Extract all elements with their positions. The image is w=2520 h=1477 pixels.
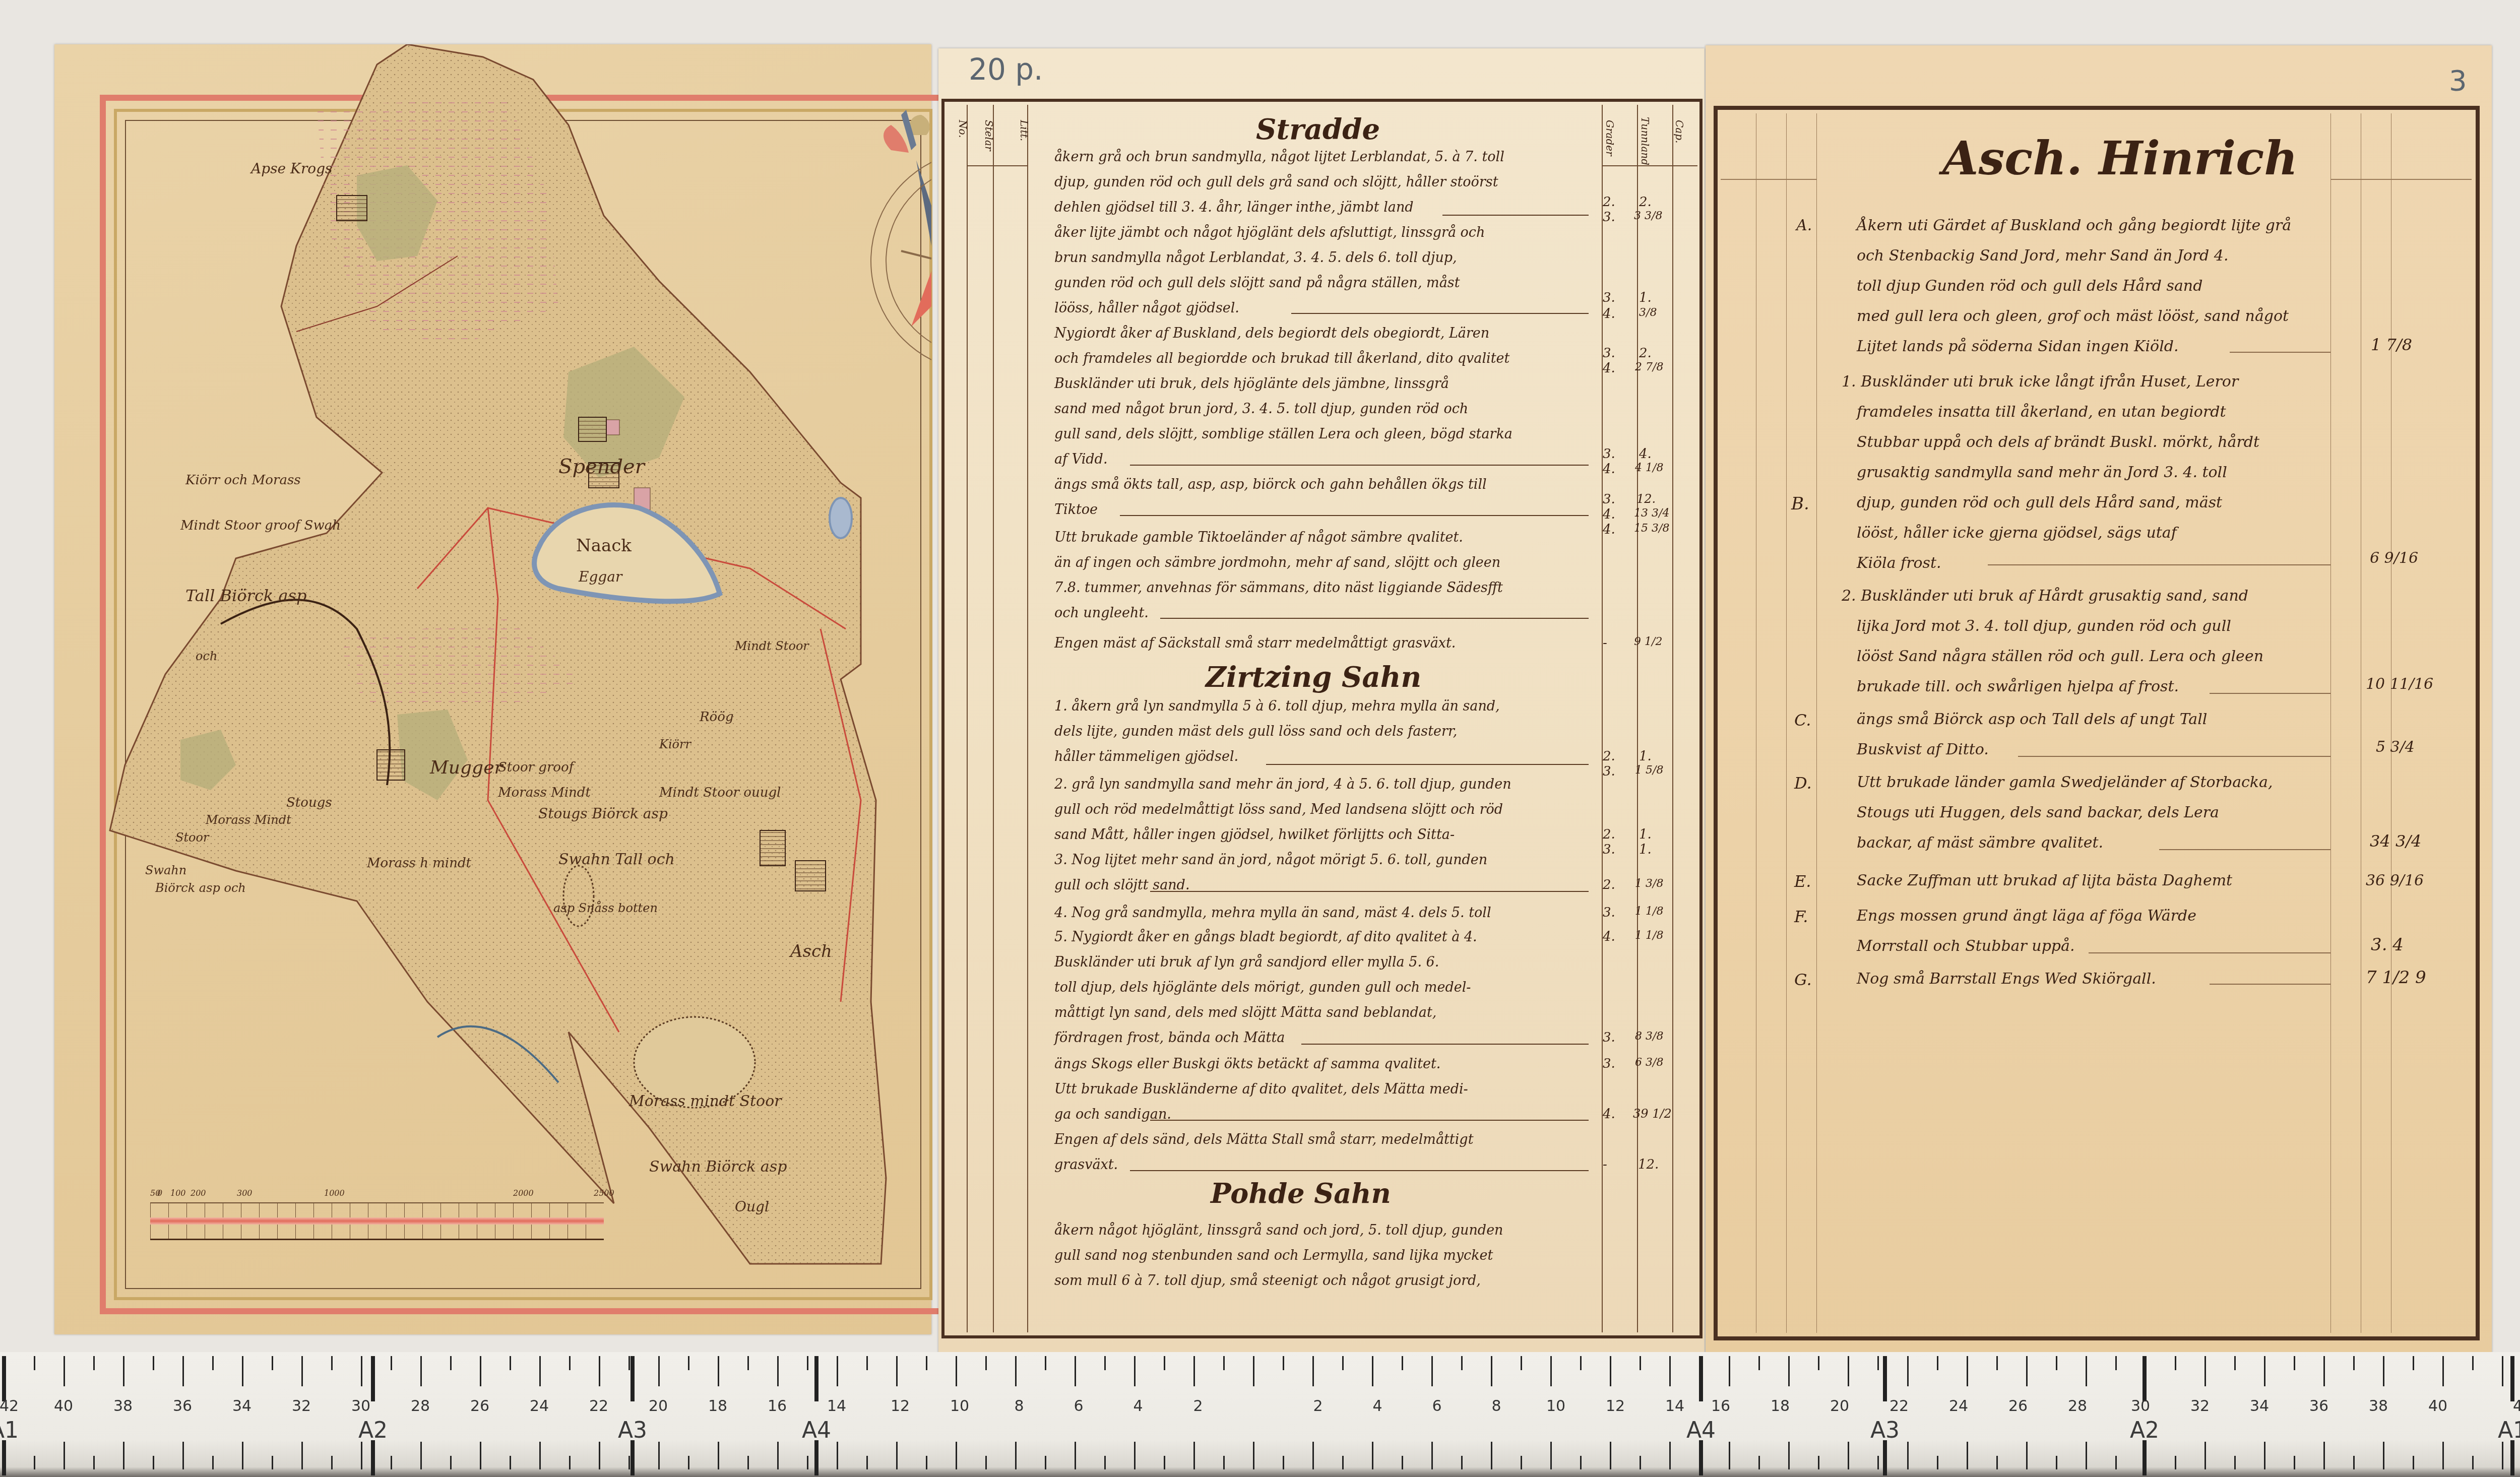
entry-line: och framdeles all begiordde och brukad t… bbox=[1054, 351, 1509, 366]
area-value: 1 5/8 bbox=[1635, 764, 1663, 777]
ruler-tick bbox=[1758, 1456, 1760, 1469]
ruler-tick bbox=[1461, 1456, 1463, 1469]
entry-line: åker lijte jämbt och något hjöglänt dels… bbox=[1054, 225, 1485, 240]
ruler-tick bbox=[420, 1442, 422, 1469]
ruler-tick bbox=[480, 1356, 481, 1386]
entry-line: Buskländer uti bruk af lyn grå sandjord … bbox=[1054, 954, 1439, 970]
entry-letter: B. bbox=[1791, 494, 1809, 514]
ruler-tick bbox=[2115, 1356, 2117, 1370]
ruler-tick bbox=[2234, 1356, 2236, 1370]
ruler-tick bbox=[391, 1456, 392, 1469]
ruler-tick bbox=[361, 1442, 362, 1469]
entry-line: lööst Sand några ställen röd och gull. L… bbox=[1857, 648, 2263, 665]
ruler-number: 12 bbox=[891, 1397, 910, 1415]
ruler-tick bbox=[866, 1356, 868, 1370]
ruler-tick bbox=[420, 1356, 422, 1386]
ruler-tick bbox=[1788, 1442, 1790, 1469]
entry-line: 5. Nygiordt åker en gångs bladt begiordt… bbox=[1054, 929, 1477, 945]
ruler-tick bbox=[2502, 1442, 2503, 1469]
ruler-tick bbox=[1848, 1442, 1849, 1469]
ruler-tick bbox=[450, 1356, 452, 1370]
column-header: Stelar bbox=[983, 120, 995, 151]
ruler-tick bbox=[569, 1356, 571, 1370]
entry-line: lööss, håller något gjödsel. bbox=[1054, 300, 1239, 316]
entry-line: Lijtet lands på söderna Sidan ingen Kiöl… bbox=[1857, 338, 2179, 355]
grade-value: 4. bbox=[1603, 462, 1615, 477]
ruler-number: 36 bbox=[2309, 1397, 2328, 1415]
area-value: 12. bbox=[1638, 1157, 1659, 1172]
entry-line: lijka Jord mot 3. 4. toll djup, gunden r… bbox=[1857, 617, 2231, 635]
paper-size-label: A4 bbox=[1686, 1418, 1716, 1443]
ruler-tick bbox=[1402, 1456, 1403, 1469]
paper-size-marker bbox=[1699, 1356, 1703, 1401]
terrain-label: Swahn bbox=[145, 863, 186, 877]
ruler-number: 2 bbox=[1313, 1397, 1322, 1415]
ruler-tick bbox=[391, 1356, 392, 1370]
area-value: 3 3/8 bbox=[1634, 210, 1662, 222]
ruler-tick bbox=[182, 1442, 184, 1469]
ruler-number: 10 bbox=[1546, 1397, 1565, 1415]
entry-line: af Vidd. bbox=[1054, 452, 1107, 467]
ruler-tick bbox=[599, 1356, 600, 1386]
column-header: Tunnland bbox=[1639, 117, 1651, 165]
scale-label: 2500 bbox=[594, 1188, 614, 1198]
ruler-tick bbox=[1818, 1456, 1819, 1469]
area-value: 12. bbox=[1636, 492, 1656, 506]
entry-line: gull sand nog stenbunden sand och Lermyl… bbox=[1054, 1248, 1493, 1263]
entry-line: som mull 6 à 7. toll djup, små steenigt … bbox=[1054, 1273, 1481, 1289]
ruler-tick bbox=[2323, 1356, 2325, 1386]
entry-line: fördragen frost, bända och Mätta bbox=[1054, 1030, 1285, 1046]
scale-label: 100 bbox=[170, 1188, 186, 1198]
entry-line: Morrstall och Stubbar uppå. bbox=[1857, 937, 2075, 955]
ruler-tick bbox=[777, 1442, 779, 1469]
ruler-tick bbox=[2086, 1356, 2087, 1386]
entry-line: gull och röd medelmåttigt löss sand, Med… bbox=[1054, 802, 1503, 817]
ruler-tick bbox=[2204, 1442, 2206, 1469]
entry-line: sand med något brun jord, 3. 4. 5. toll … bbox=[1054, 401, 1468, 417]
paper-size-marker bbox=[2143, 1356, 2147, 1401]
map-drawing bbox=[54, 44, 931, 1334]
entry-line: framdeles insatta till åkerland, en utan… bbox=[1857, 403, 2226, 421]
paper-size-label: A1 bbox=[0, 1418, 19, 1443]
scale-label: 0 bbox=[157, 1188, 162, 1198]
ruler-tick bbox=[1729, 1442, 1730, 1469]
area-value: 4 1/8 bbox=[1635, 462, 1663, 474]
entry-line: dehlen gjödsel till 3. 4. åhr, länger in… bbox=[1054, 200, 1414, 215]
entry-line: brukade till. och swårligen hjelpa af fr… bbox=[1857, 678, 2179, 695]
paper-size-marker bbox=[371, 1440, 375, 1475]
ruler-tick bbox=[1640, 1356, 1641, 1370]
ruler-tick bbox=[539, 1356, 541, 1386]
ruler-tick bbox=[1045, 1356, 1046, 1370]
entry-line: och Stenbackig Sand Jord, mehr Sand än J… bbox=[1857, 247, 2228, 265]
ruler-tick bbox=[1193, 1356, 1195, 1386]
terrain-label: Morass Mindt bbox=[498, 785, 591, 800]
ruler-tick bbox=[1461, 1356, 1463, 1370]
area-value: 2. bbox=[1639, 195, 1652, 210]
ruler-number: 32 bbox=[292, 1397, 311, 1415]
ruler-tick bbox=[93, 1356, 95, 1370]
terrain-label: Ougl bbox=[735, 1198, 769, 1215]
ruler-tick bbox=[658, 1356, 660, 1386]
ruler-number: 38 bbox=[113, 1397, 133, 1415]
ruler-tick bbox=[2115, 1456, 2117, 1469]
ruler-tick bbox=[688, 1356, 689, 1370]
ruler-tick bbox=[837, 1356, 838, 1386]
ruler-tick bbox=[1223, 1456, 1225, 1469]
ruler-number: 38 bbox=[2369, 1397, 2388, 1415]
entry-line: backar, af mäst sämbre qvalitet. bbox=[1857, 834, 2103, 852]
ruler-tick bbox=[2175, 1356, 2176, 1370]
entry-line: gunden röd och gull dels slöjtt sand på … bbox=[1054, 275, 1460, 291]
ruler-tick bbox=[1312, 1442, 1314, 1469]
paper-size-label: A1 bbox=[2498, 1418, 2520, 1443]
ruler-tick bbox=[747, 1356, 749, 1370]
grade-value: 3. bbox=[1603, 764, 1615, 779]
paper-size-marker bbox=[814, 1356, 818, 1401]
entry-line: ängs små Biörck asp och Tall dels af ung… bbox=[1857, 711, 2207, 728]
grade-value: 4. bbox=[1603, 522, 1615, 537]
ruler-tick bbox=[837, 1442, 838, 1469]
ruler-number: 18 bbox=[708, 1397, 727, 1415]
area-value: 6 3/8 bbox=[1635, 1056, 1663, 1069]
ruler-number: 30 bbox=[351, 1397, 370, 1415]
entry-line: 1. åkern grå lyn sandmylla 5 à 6. toll d… bbox=[1054, 698, 1500, 714]
folio-number: 20 p. bbox=[969, 52, 1043, 87]
ruler-tick bbox=[272, 1456, 273, 1469]
paper-size-marker bbox=[1883, 1356, 1887, 1401]
ruler-tick bbox=[1431, 1442, 1433, 1469]
entry-line: Utt brukade Buskländerne af dito qvalite… bbox=[1054, 1081, 1468, 1097]
ruler-tick bbox=[64, 1442, 65, 1469]
entry-line: toll djup Gunden röd och gull dels Hård … bbox=[1857, 277, 2202, 295]
entry-line: håller tämmeligen gjödsel. bbox=[1054, 749, 1238, 764]
ruler-tick bbox=[301, 1356, 303, 1386]
ruler-tick bbox=[1015, 1442, 1017, 1469]
column-header: No. bbox=[957, 120, 969, 138]
area-value: 6 9/16 bbox=[2370, 549, 2418, 567]
ruler-tick bbox=[1967, 1356, 1968, 1386]
terrain-label: Röög bbox=[700, 710, 734, 725]
ruler-number: 40 bbox=[54, 1397, 73, 1415]
ruler-tick bbox=[331, 1456, 333, 1469]
area-value: 1. bbox=[1639, 842, 1652, 857]
ruler-tick bbox=[301, 1442, 303, 1469]
ruler-tick bbox=[777, 1356, 779, 1386]
ruler-tick bbox=[1580, 1456, 1582, 1469]
ruler-tick bbox=[956, 1356, 957, 1386]
entry-line: Utt brukade länder gamla Swedjeländer af… bbox=[1857, 774, 2273, 791]
entry-line: med gull lera och gleen, grof och mäst l… bbox=[1857, 307, 2289, 325]
entry-line: än af ingen och sämbre jordmohn, mehr af… bbox=[1054, 555, 1500, 570]
terrain-label: och bbox=[196, 649, 217, 663]
ruler-tick bbox=[1075, 1356, 1076, 1386]
ruler-tick bbox=[2353, 1356, 2355, 1370]
ruler-tick bbox=[2383, 1442, 2384, 1469]
ruler-tick bbox=[1996, 1356, 1998, 1370]
ruler-tick bbox=[1223, 1356, 1225, 1370]
terrain-label: Stougs bbox=[286, 795, 332, 810]
grade-value: 3. bbox=[1603, 290, 1615, 305]
ruler-tick bbox=[1253, 1356, 1254, 1386]
terrain-label: Swahn Tall och bbox=[558, 851, 675, 868]
ruler-tick bbox=[1580, 1356, 1582, 1370]
grade-value: 3. bbox=[1603, 210, 1615, 225]
paper-size-marker bbox=[371, 1356, 375, 1401]
ruler-number: 30 bbox=[2131, 1397, 2150, 1415]
area-value: 1 1/8 bbox=[1635, 929, 1663, 942]
terrain-label: Morass mindt Stoor bbox=[629, 1093, 782, 1110]
entry-line: 1. Buskländer uti bruk icke långt ifrån … bbox=[1842, 373, 2238, 391]
compass-rose bbox=[871, 110, 931, 372]
entry-line: djup, gunden röd och gull dels grå sand … bbox=[1054, 174, 1498, 190]
entry-line: sand Mått, håller ingen gjödsel, hwilket… bbox=[1054, 827, 1455, 843]
entry-line: gull sand, dels slöjtt, somblige ställen… bbox=[1054, 426, 1513, 442]
grade-value: 3. bbox=[1603, 1056, 1615, 1071]
paper-size-marker bbox=[2510, 1356, 2514, 1401]
ruler-tick bbox=[1996, 1456, 1998, 1469]
grade-value: 2. bbox=[1603, 827, 1615, 842]
place-label: Mugger bbox=[430, 757, 503, 778]
area-value: 3. 4 bbox=[2371, 935, 2404, 955]
ruler-tick bbox=[1729, 1356, 1730, 1386]
entry-line: Stougs uti Huggen, dels sand backar, del… bbox=[1857, 804, 2219, 821]
ruler-number: 36 bbox=[173, 1397, 192, 1415]
ruler-tick bbox=[1372, 1442, 1373, 1469]
entry-line: åkern grå och brun sandmylla, något lijt… bbox=[1054, 149, 1504, 165]
ruler-number: 26 bbox=[2008, 1397, 2028, 1415]
ruler-tick bbox=[1491, 1442, 1492, 1469]
column-header: Litt. bbox=[1018, 120, 1030, 141]
ruler-tick bbox=[123, 1356, 124, 1386]
ruler-tick bbox=[450, 1456, 452, 1469]
entry-line: djup, gunden röd och gull dels Hård sand… bbox=[1857, 494, 2222, 511]
paper-size-marker bbox=[2143, 1440, 2147, 1475]
scale-label: 2000 bbox=[513, 1188, 534, 1198]
entry-letter: A. bbox=[1796, 217, 1812, 234]
ruler-tick bbox=[1164, 1456, 1165, 1469]
ruler-tick bbox=[2442, 1356, 2444, 1386]
grade-value: 3. bbox=[1603, 346, 1615, 361]
ruler-tick bbox=[658, 1442, 660, 1469]
ruler-tick bbox=[599, 1442, 600, 1469]
scale-label: 200 bbox=[191, 1188, 206, 1198]
paper-size-label: A3 bbox=[1870, 1418, 1900, 1443]
ruler-tick bbox=[212, 1456, 214, 1469]
entry-line: Buskvist af Ditto. bbox=[1857, 741, 1989, 758]
place-label: Naack bbox=[576, 536, 632, 556]
ruler-number: 16 bbox=[1711, 1397, 1730, 1415]
ruler-tick bbox=[2294, 1456, 2295, 1469]
ruler-tick bbox=[1818, 1356, 1819, 1370]
scale-red-band bbox=[150, 1217, 604, 1225]
paper-size-label: A2 bbox=[2130, 1418, 2159, 1443]
entry-line: Nog små Barrstall Engs Wed Skiörgall. bbox=[1857, 970, 2156, 988]
ruler-tick bbox=[1550, 1442, 1552, 1469]
ruler-tick bbox=[1521, 1356, 1522, 1370]
terrain-label: Swahn Biörck asp bbox=[649, 1158, 787, 1176]
ruler-tick bbox=[2234, 1456, 2236, 1469]
section-title: Pohde Sahn bbox=[1211, 1177, 1391, 1209]
grade-value: - bbox=[1603, 1157, 1607, 1172]
ruler-number: 18 bbox=[1771, 1397, 1790, 1415]
ruler-number: 32 bbox=[2190, 1397, 2210, 1415]
area-value: 8 3/8 bbox=[1635, 1030, 1663, 1043]
map-sheet: Apse Krogs Spender Naack Eggar Mugger As… bbox=[54, 44, 931, 1334]
ruler-tick bbox=[2413, 1356, 2414, 1370]
entry-line: toll djup, dels hjöglänte dels mörigt, g… bbox=[1054, 980, 1471, 995]
ruler-tick bbox=[2204, 1356, 2206, 1386]
area-value: 36 9/16 bbox=[2366, 872, 2424, 889]
terrain-label: Morass h mindt bbox=[367, 856, 471, 871]
entry-line: Engs mossen grund ängt läga af föga Wärd… bbox=[1857, 907, 2196, 925]
grade-value: 3. bbox=[1603, 905, 1615, 920]
ruler-number: 40 bbox=[2428, 1397, 2447, 1415]
terrain-label: Biörck asp och bbox=[155, 881, 246, 895]
ruler-tick bbox=[1640, 1456, 1641, 1469]
ruler-tick bbox=[34, 1356, 35, 1370]
ruler-tick bbox=[1134, 1356, 1136, 1386]
ruler-tick bbox=[1907, 1356, 1909, 1386]
ruler-tick bbox=[2502, 1356, 2503, 1386]
ruler-tick bbox=[1431, 1356, 1433, 1386]
ruler-tick bbox=[2323, 1442, 2325, 1469]
entry-letter: C. bbox=[1794, 711, 1811, 730]
grade-value: 3. bbox=[1603, 1030, 1615, 1045]
ruler-tick bbox=[1967, 1442, 1968, 1469]
ruler-tick bbox=[2026, 1356, 2028, 1386]
ruler-number: 8 bbox=[1014, 1397, 1024, 1415]
ruler-number: 12 bbox=[1606, 1397, 1625, 1415]
grade-value: 4. bbox=[1603, 306, 1615, 322]
ruler-tick bbox=[1075, 1442, 1076, 1469]
entry-line: grasväxt. bbox=[1054, 1157, 1118, 1173]
ruler-tick bbox=[1550, 1356, 1552, 1386]
ruler-number: 42 bbox=[0, 1397, 19, 1415]
ruler-tick bbox=[2264, 1356, 2265, 1386]
ruler-tick bbox=[747, 1456, 749, 1469]
paper-size-marker bbox=[2, 1356, 6, 1401]
area-value: 9 1/2 bbox=[1634, 635, 1662, 648]
entry-line: Sacke Zuffman utt brukad af lijta bästa … bbox=[1857, 872, 2232, 889]
entry-line: Nygiordt åker af Buskland, dels begiordt… bbox=[1054, 326, 1489, 341]
terrain-label: Tall Biörck asp bbox=[185, 586, 306, 605]
ruler-tick bbox=[956, 1442, 957, 1469]
entry-line: åkern något hjöglänt, linssgrå sand och … bbox=[1054, 1223, 1503, 1238]
ruler-tick bbox=[1521, 1456, 1522, 1469]
entry-line: Buskländer uti bruk, dels hjöglänte dels… bbox=[1054, 376, 1449, 392]
ruler-tick bbox=[34, 1456, 35, 1469]
ruler-tick bbox=[480, 1442, 481, 1469]
area-value: 3/8 bbox=[1639, 306, 1657, 319]
entry-line: 4. Nog grå sandmylla, mehra mylla än san… bbox=[1054, 905, 1491, 921]
ruler-number: 16 bbox=[768, 1397, 787, 1415]
ruler-tick bbox=[242, 1442, 243, 1469]
ruler-tick bbox=[1402, 1356, 1403, 1370]
place-label: Asch bbox=[790, 941, 832, 961]
ruler-tick bbox=[1342, 1356, 1344, 1370]
ruler-tick bbox=[331, 1356, 333, 1370]
ruler-tick bbox=[1937, 1456, 1938, 1469]
ruler-tick bbox=[93, 1456, 95, 1469]
area-value: 34 3/4 bbox=[2370, 831, 2421, 851]
ruler-number: 4 bbox=[1133, 1397, 1143, 1415]
grade-value: 3. bbox=[1603, 842, 1615, 857]
ruler-tick bbox=[2294, 1356, 2295, 1370]
area-value: 4. bbox=[1639, 446, 1652, 462]
ruler-number: 42 bbox=[2513, 1397, 2520, 1415]
ruler-tick bbox=[718, 1442, 719, 1469]
paper-size-label: A4 bbox=[802, 1418, 831, 1443]
ruler-tick bbox=[182, 1356, 184, 1386]
ruler-tick bbox=[2353, 1456, 2355, 1469]
ruler-tick bbox=[1045, 1456, 1046, 1469]
entry-line: lööst, håller icke gjerna gjödsel, sägs … bbox=[1857, 524, 2177, 542]
terrain-label: asp Snåss botten bbox=[553, 901, 658, 915]
area-value: 2 7/8 bbox=[1635, 361, 1663, 373]
grade-value: - bbox=[1603, 635, 1607, 651]
ruler-tick bbox=[2086, 1442, 2087, 1469]
terrain-label: Stougs Biörck asp bbox=[538, 805, 668, 822]
ruler-tick bbox=[1283, 1456, 1284, 1469]
paper-size-marker bbox=[1883, 1440, 1887, 1475]
ruler-tick bbox=[2056, 1456, 2057, 1469]
paper-size-label: A3 bbox=[618, 1418, 647, 1443]
ruler-tick bbox=[272, 1356, 273, 1370]
ruler-number: 6 bbox=[1074, 1397, 1083, 1415]
ruler-number: 20 bbox=[649, 1397, 668, 1415]
entry-line: 3. Nog lijtet mehr sand än jord, något m… bbox=[1054, 852, 1487, 868]
ruler-tick bbox=[361, 1356, 362, 1386]
ruler-tick bbox=[539, 1442, 541, 1469]
ruler-tick bbox=[1848, 1356, 1849, 1386]
grade-value: 4. bbox=[1603, 929, 1615, 944]
ruler-tick bbox=[1758, 1356, 1760, 1370]
entry-line: Utt brukade gamble Tiktoeländer af något… bbox=[1054, 530, 1463, 545]
paper-size-label: A2 bbox=[358, 1418, 388, 1443]
ruler-number: 6 bbox=[1432, 1397, 1441, 1415]
place-label: Eggar bbox=[579, 568, 622, 585]
area-value: 10 11/16 bbox=[2366, 675, 2433, 693]
area-value: 7 1/2 9 bbox=[2366, 968, 2426, 988]
ruler-tick bbox=[1669, 1356, 1671, 1386]
terrain-label: Mindt Stoor ouugl bbox=[659, 785, 781, 800]
entry-letter: D. bbox=[1794, 774, 1812, 793]
ruler-number: 14 bbox=[1665, 1397, 1684, 1415]
grade-value: 3. bbox=[1603, 492, 1615, 507]
ruler-tick bbox=[153, 1356, 154, 1370]
ruler-number: 24 bbox=[530, 1397, 549, 1415]
paper-size-marker bbox=[2510, 1440, 2514, 1475]
ruler-tick bbox=[2442, 1442, 2444, 1469]
terrain-label: Stoor groof bbox=[498, 760, 574, 775]
ruler-tick bbox=[926, 1456, 927, 1469]
ruler-tick bbox=[212, 1356, 214, 1370]
ruler-number: 34 bbox=[232, 1397, 251, 1415]
entry-line: 2. Buskländer uti bruk af Hårdt grusakti… bbox=[1842, 587, 2248, 605]
terrain-label: Stoor bbox=[175, 830, 209, 845]
entry-line: ängs små ökts tall, asp, asp, biörck och… bbox=[1054, 477, 1487, 492]
entry-line: 7.8. tummer, anvehnas för sämmans, dito … bbox=[1054, 580, 1503, 596]
paper-size-marker bbox=[631, 1440, 635, 1475]
entry-line: Stubbar uppå och dels af brändt Buskl. m… bbox=[1857, 433, 2259, 451]
ruler-tick bbox=[1937, 1356, 1938, 1370]
ruler-number: 2 bbox=[1193, 1397, 1203, 1415]
terrain-label: Mindt Stoor bbox=[735, 639, 809, 653]
measurement-ruler: 42 40 38 36 34 32 30 28 26 24 22 20 18 1… bbox=[0, 1352, 2520, 1477]
scale-label: 300 bbox=[237, 1188, 253, 1198]
